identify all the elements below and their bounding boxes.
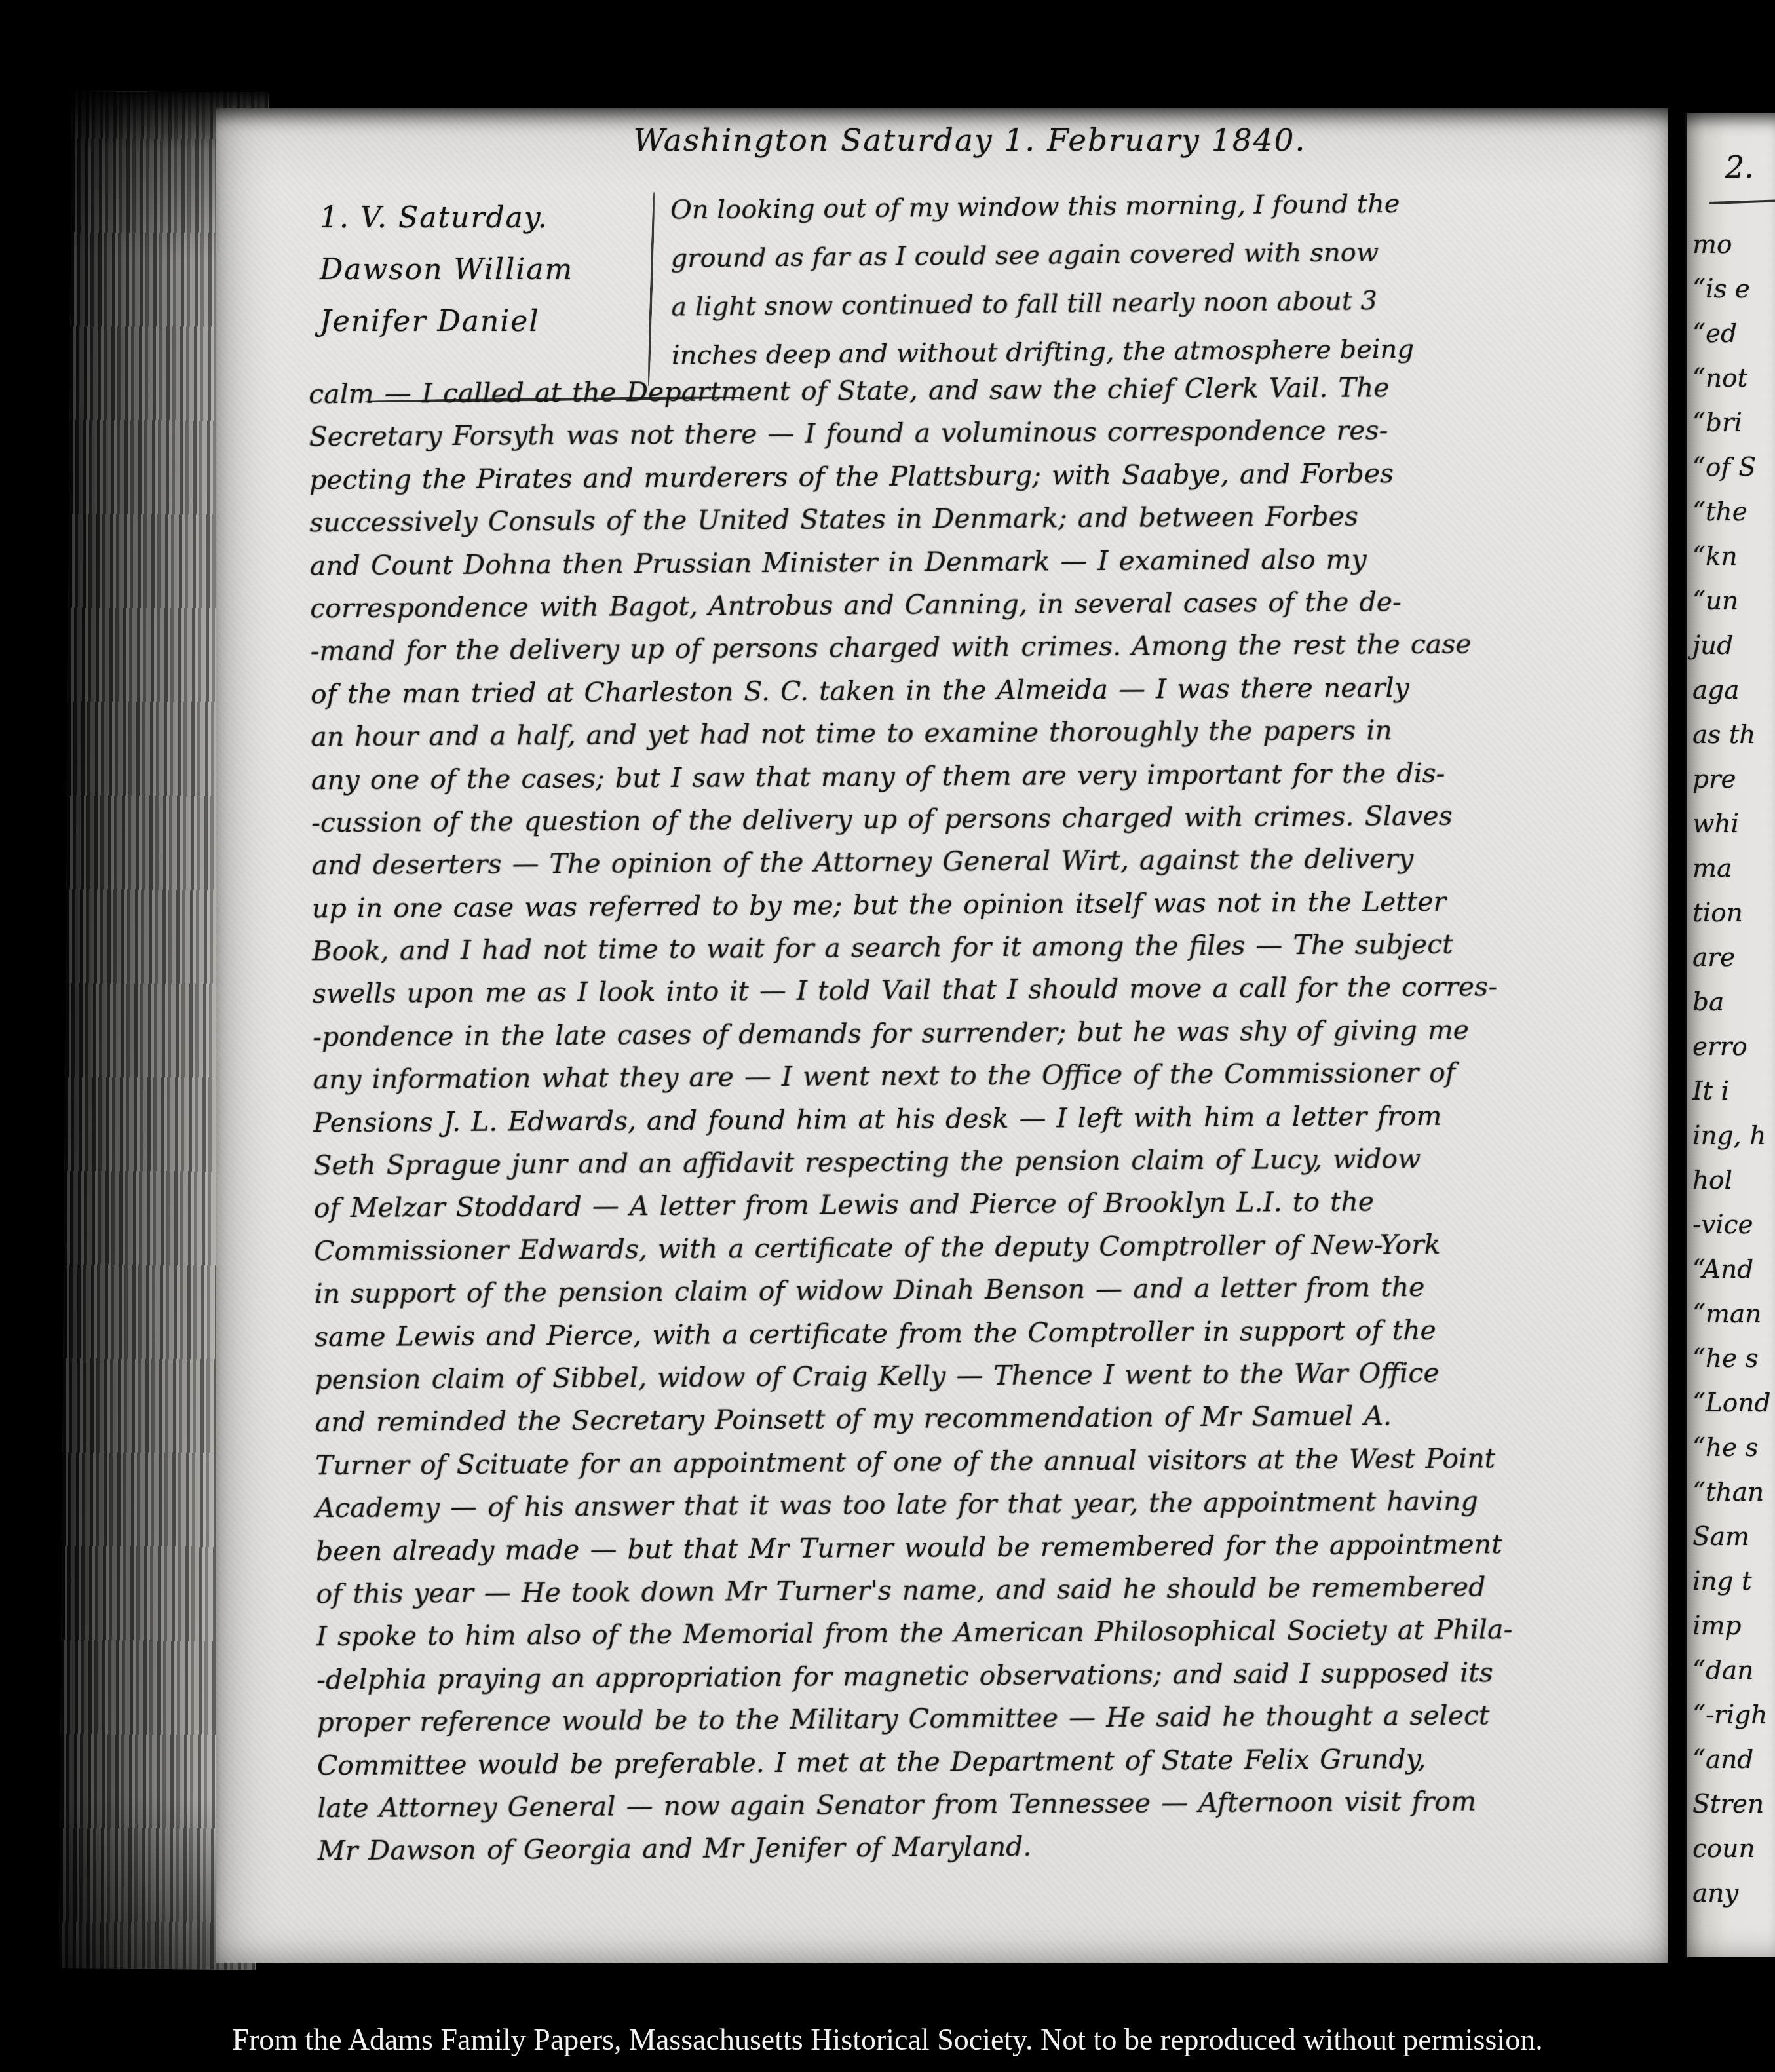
fragment-line: “And [1692, 1248, 1775, 1292]
fragment-line: as th [1692, 713, 1775, 758]
fragment-line: coun [1692, 1827, 1775, 1871]
margin-visitor-name: Jenifer Daniel [320, 296, 660, 347]
manuscript-line: late Attorney General — now again Senato… [317, 1779, 1673, 1830]
fragment-line: ba [1692, 980, 1775, 1025]
fragment-line: tion [1692, 891, 1775, 936]
fragment-line: It i [1692, 1069, 1775, 1114]
next-page-fragments: mo“is e“ed“not“bri“of S“the“kn“unjudagaa… [1692, 223, 1775, 1916]
margin-annotations: 1. V. Saturday. Dawson William Jenifer D… [320, 192, 660, 347]
fragment-line: are [1692, 936, 1775, 980]
manuscript-line: ground as far as I could see again cover… [670, 225, 1654, 282]
manuscript-scan: Washington Saturday 1. February 1840. 1.… [0, 0, 1775, 2072]
entry-body-lines: calm — I called at the Department of Sta… [309, 365, 1674, 1873]
entry-opening-lines: On looking out of my window this morning… [670, 177, 1655, 379]
fragment-line: aga [1692, 668, 1775, 713]
fragment-line: “-righ [1692, 1693, 1775, 1738]
next-page-number: 2. [1725, 149, 1754, 185]
margin-index-line: 1. V. Saturday. [320, 192, 660, 244]
fragment-line: ing t [1692, 1560, 1775, 1604]
fragment-line: Stren [1692, 1782, 1775, 1827]
fragment-line: “is e [1692, 267, 1775, 312]
fragment-line: “not [1692, 356, 1775, 401]
fragment-line: “dan [1692, 1649, 1775, 1693]
fragment-line: “of S [1692, 446, 1775, 490]
fragment-line: jud [1692, 624, 1775, 668]
manuscript-line: On looking out of my window this morning… [670, 177, 1654, 234]
fragment-line: pre [1692, 758, 1775, 802]
fragment-line: imp [1692, 1604, 1775, 1649]
fragment-line: hol [1692, 1159, 1775, 1203]
fragment-line: “and [1692, 1738, 1775, 1782]
fragment-line: erro [1692, 1025, 1775, 1069]
margin-visitor-name: Dawson William [320, 244, 660, 296]
diary-left-page: Washington Saturday 1. February 1840. 1.… [216, 108, 1668, 1963]
fragment-line: ma [1692, 847, 1775, 891]
fragment-line: “Lond [1692, 1381, 1775, 1426]
manuscript-line: -mand for the delivery up of persons cha… [310, 622, 1666, 673]
fragment-line: “he s [1692, 1337, 1775, 1381]
manuscript-line: -pondence in the late cases of demands f… [313, 1008, 1669, 1059]
manuscript-line: I spoke to him also of the Memorial from… [316, 1607, 1673, 1659]
fragment-line: mo [1692, 223, 1775, 267]
entry-date-heading: Washington Saturday 1. February 1840. [446, 123, 1494, 159]
next-page-sliver: 2. mo“is e“ed“not“bri“of S“the“kn“unjuda… [1685, 113, 1775, 1957]
fragment-line: -vice [1692, 1203, 1775, 1248]
fragment-line: any [1692, 1871, 1775, 1916]
fragment-line: ing, h [1692, 1114, 1775, 1159]
fragment-line: “man [1692, 1292, 1775, 1337]
manuscript-line: proper reference would be to the Militar… [316, 1693, 1673, 1744]
fragment-line: “kn [1692, 535, 1775, 579]
fragment-line: whi [1692, 802, 1775, 847]
fragment-line: Sam [1692, 1515, 1775, 1560]
fragment-line: “he s [1692, 1426, 1775, 1470]
manuscript-line: swells upon me as I look into it — I tol… [313, 965, 1669, 1016]
manuscript-line: a light snow continued to fall till near… [671, 274, 1654, 331]
fragment-line: “ed [1692, 312, 1775, 356]
fragment-line: “the [1692, 490, 1775, 535]
archive-caption: From the Adams Family Papers, Massachuse… [0, 2022, 1775, 2057]
fragment-line: “bri [1692, 401, 1775, 446]
manuscript-line: Mr Dawson of Georgia and Mr Jenifer of M… [318, 1822, 1674, 1873]
next-page-underline [1709, 199, 1775, 204]
fragment-line: “un [1692, 579, 1775, 624]
manuscript-line: Academy — of his answer that it was too … [315, 1479, 1671, 1530]
manuscript-line: been already made — but that Mr Turner w… [316, 1522, 1672, 1573]
fragment-line: “than [1692, 1470, 1775, 1515]
